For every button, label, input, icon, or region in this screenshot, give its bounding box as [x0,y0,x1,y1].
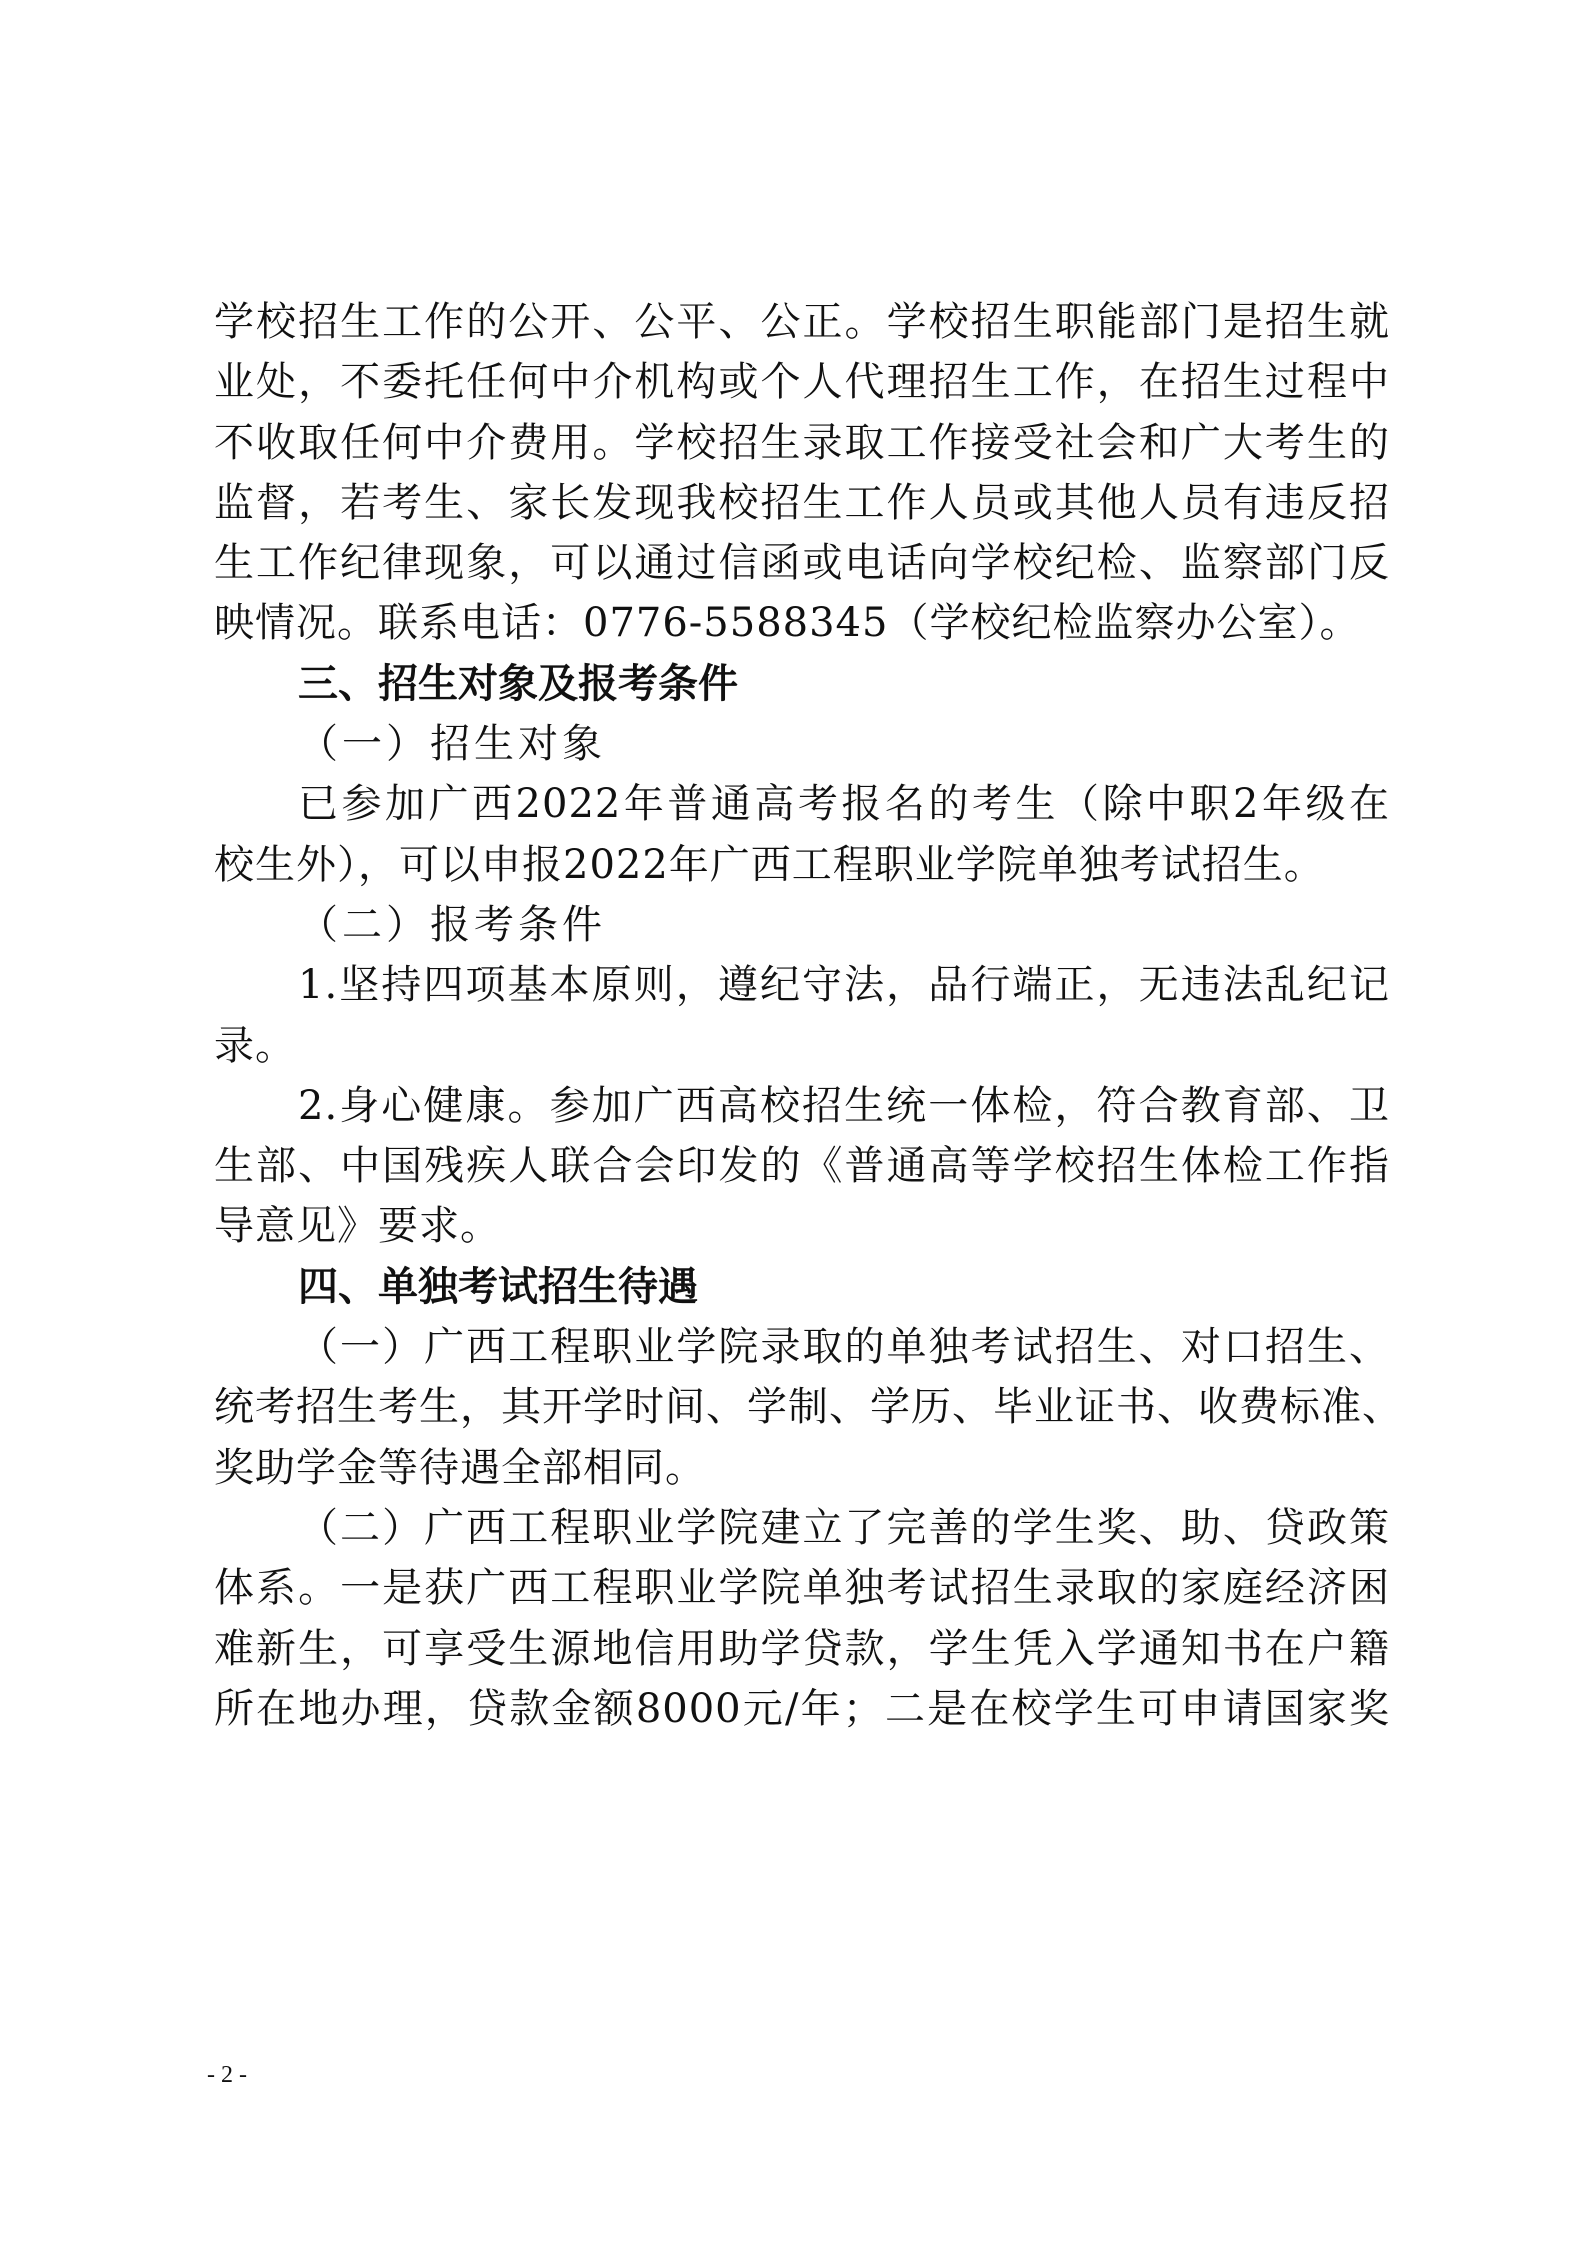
text-line: （二）广西工程职业学院建立了完善的学生奖、助、贷政策 [214,1498,1390,1558]
paragraph-financial-aid: （二）广西工程职业学院建立了完善的学生奖、助、贷政策 体系。一是获广西工程职业学… [214,1498,1390,1739]
text-line: 生部、中国残疾人联合会印发的《普通高等学校招生体检工作指 [214,1136,1390,1196]
paragraph-equal-treatment: （一）广西工程职业学院录取的单独考试招生、对口招生、 统考招生考生，其开学时间、… [214,1317,1390,1498]
subheading-application-conditions: （二）报考条件 [214,895,1390,955]
text-line: 难新生，可享受生源地信用助学贷款，学生凭入学通知书在户籍 [214,1619,1390,1679]
list-item-condition-2: 2.身心健康。参加广西高校招生统一体检，符合教育部、卫 生部、中国残疾人联合会印… [214,1076,1390,1257]
paragraph-enrollment-target: 已参加广西2022年普通高考报名的考生（除中职2年级在 校生外），可以申报202… [214,774,1390,895]
text-line: 映情况。联系电话：0776-5588345（学校纪检监察办公室）。 [214,593,1390,653]
page-number: - 2 - [207,2062,247,2089]
text-line: 所在地办理，贷款金额8000元/年；二是在校学生可申请国家奖 [214,1679,1390,1739]
text-line: 统考招生考生，其开学时间、学制、学历、毕业证书、收费标准、 [214,1377,1390,1437]
section-heading-admission-benefits: 四、单独考试招生待遇 [214,1257,1390,1317]
text-line: 导意见》要求。 [214,1196,1390,1256]
list-item-condition-1: 1.坚持四项基本原则，遵纪守法，品行端正，无违法乱纪记 录。 [214,955,1390,1076]
subheading-enrollment-target: （一）招生对象 [214,714,1390,774]
text-line: 奖助学金等待遇全部相同。 [214,1438,1390,1498]
text-line: 监督，若考生、家长发现我校招生工作人员或其他人员有违反招 [214,473,1390,533]
text-line: 生工作纪律现象，可以通过信函或电话向学校纪检、监察部门反 [214,533,1390,593]
document-body: 学校招生工作的公开、公平、公正。学校招生职能部门是招生就 业处，不委托任何中介机… [214,292,1390,1739]
text-line: 1.坚持四项基本原则，遵纪守法，品行端正，无违法乱纪记 [214,955,1390,1015]
document-page: 学校招生工作的公开、公平、公正。学校招生职能部门是招生就 业处，不委托任何中介机… [0,0,1587,2245]
text-line: 校生外），可以申报2022年广西工程职业学院单独考试招生。 [214,835,1390,895]
text-line: 已参加广西2022年普通高考报名的考生（除中职2年级在 [214,774,1390,834]
text-line: 不收取任何中介费用。学校招生录取工作接受社会和广大考生的 [214,413,1390,473]
text-line: 业处，不委托任何中介机构或个人代理招生工作，在招生过程中 [214,352,1390,412]
text-line: 学校招生工作的公开、公平、公正。学校招生职能部门是招生就 [214,292,1390,352]
text-line: 录。 [214,1016,1390,1076]
text-line: 体系。一是获广西工程职业学院单独考试招生录取的家庭经济困 [214,1558,1390,1618]
section-heading-enrollment-targets: 三、招生对象及报考条件 [214,654,1390,714]
paragraph-discipline-supervision: 学校招生工作的公开、公平、公正。学校招生职能部门是招生就 业处，不委托任何中介机… [214,292,1390,654]
text-line: （一）广西工程职业学院录取的单独考试招生、对口招生、 [214,1317,1390,1377]
text-line: 2.身心健康。参加广西高校招生统一体检，符合教育部、卫 [214,1076,1390,1136]
